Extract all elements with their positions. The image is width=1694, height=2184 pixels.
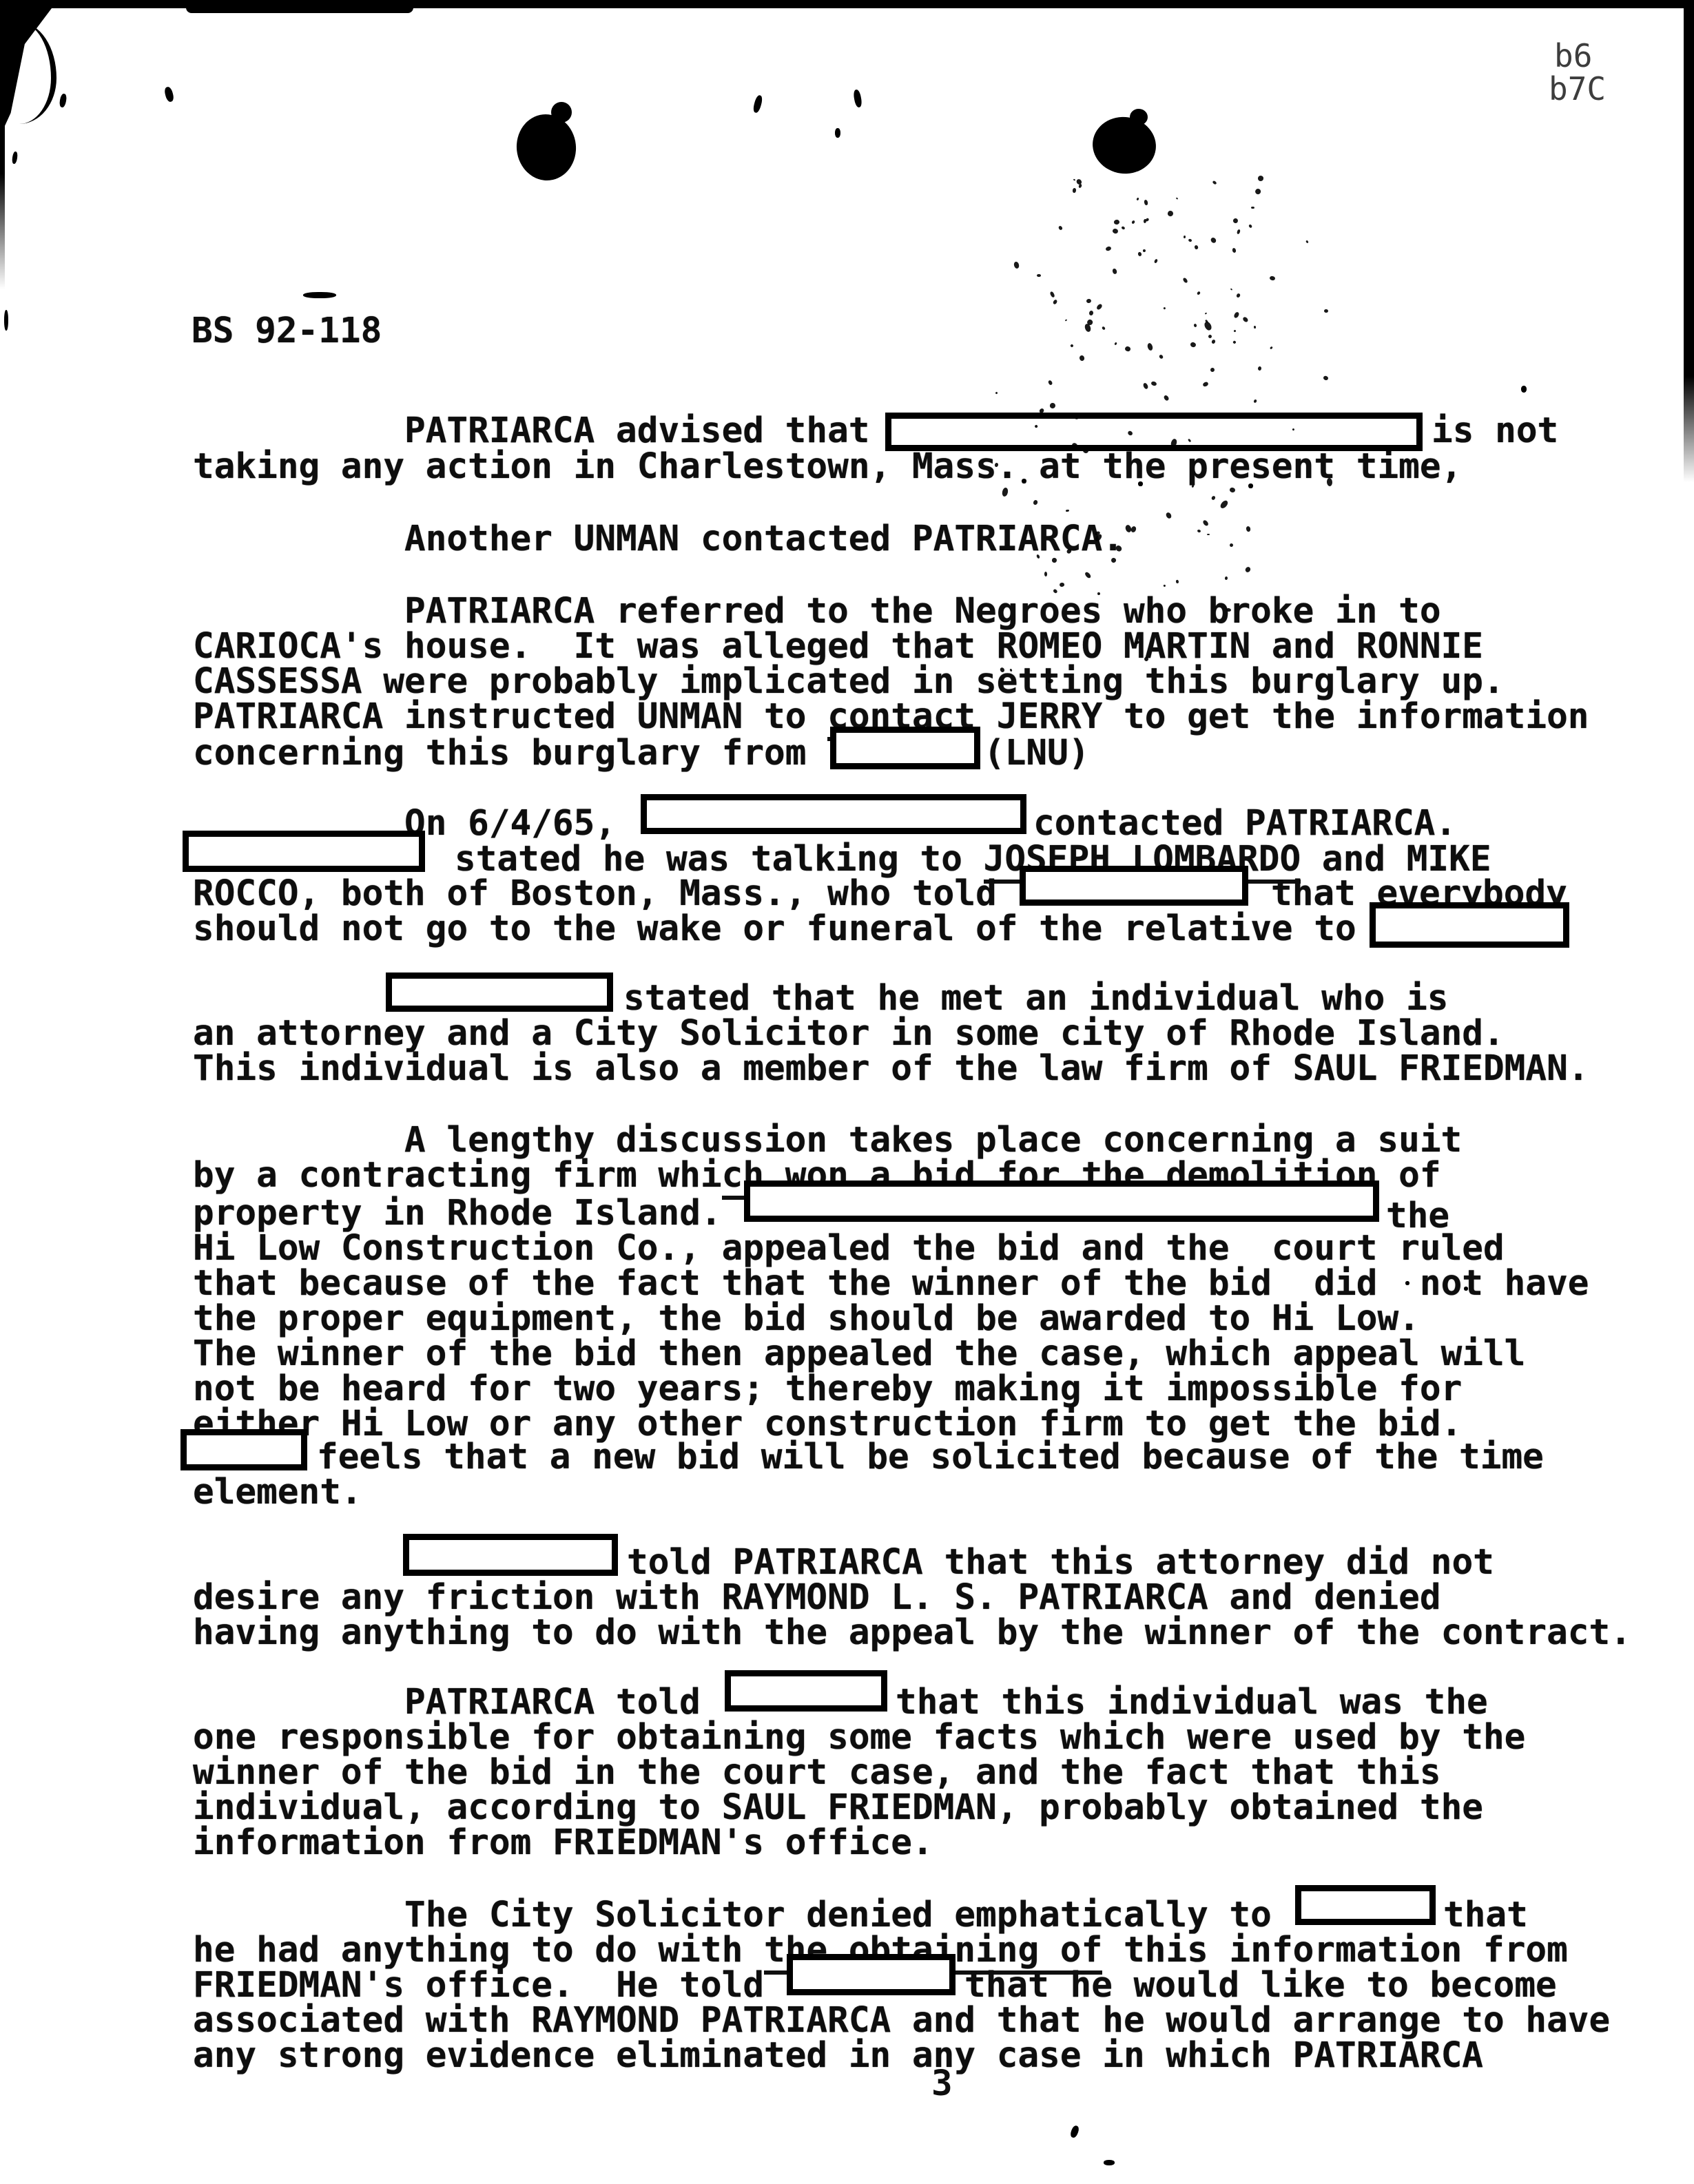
text-line: taking any action in Charlestown, Mass. … bbox=[193, 449, 1462, 484]
ink-spray-speck bbox=[1144, 199, 1148, 205]
text-run: of bbox=[1377, 1155, 1440, 1196]
ink-spray-speck bbox=[1047, 379, 1053, 385]
text-run: any strong evidence eliminated in any ca… bbox=[193, 2035, 1483, 2076]
ink-spray-speck bbox=[1232, 247, 1237, 253]
ink-spray-speck bbox=[1176, 580, 1179, 584]
text-run: This individual is also a member of the … bbox=[193, 1048, 1589, 1089]
redaction-box bbox=[725, 1670, 887, 1712]
ink-speck bbox=[59, 93, 67, 107]
text-line: stated he was talking to JOSEPH LOMBARDO… bbox=[455, 842, 1491, 877]
ink-spray-speck bbox=[1175, 198, 1177, 200]
ink-spray-speck bbox=[1224, 576, 1228, 579]
ink-spray-speck bbox=[1131, 220, 1135, 225]
ink-spray-speck bbox=[1324, 309, 1328, 313]
ink-spray-speck bbox=[1253, 399, 1257, 404]
text-run: PATRIARCA advised that bbox=[404, 410, 870, 451]
ink-spray-speck bbox=[1237, 229, 1241, 234]
ink-spray-speck bbox=[1060, 583, 1065, 587]
ink-spray-speck bbox=[1245, 566, 1252, 573]
text-line: PATRIARCA referred to the Negroes who br… bbox=[404, 594, 1441, 629]
ink-spray-speck bbox=[1065, 319, 1067, 321]
ink-spray-speck bbox=[1164, 585, 1166, 587]
ink-spray-speck bbox=[1102, 326, 1106, 330]
text-line: The winner of the bid then appealed the … bbox=[193, 1336, 1525, 1371]
text-line: should not go to the wake or funeral of … bbox=[193, 911, 1356, 946]
text-line: individual, according to SAUL FRIEDMAN, … bbox=[193, 1790, 1483, 1825]
ink-spray-speck bbox=[1163, 395, 1169, 401]
ink-spray-speck bbox=[1073, 178, 1075, 180]
ink-speck bbox=[853, 89, 863, 107]
redaction-box bbox=[787, 1954, 956, 1995]
text-line: feels that a new bid will be solicited b… bbox=[317, 1439, 1544, 1475]
ink-spray-speck bbox=[1147, 342, 1154, 351]
text-run: PATRIARCA instructed UNMAN to bbox=[193, 696, 827, 737]
ink-spray-speck bbox=[1197, 291, 1201, 295]
ink-spray-speck bbox=[1202, 381, 1208, 387]
text-run: JERRY to get the information bbox=[975, 696, 1589, 737]
text-run: is not bbox=[1432, 410, 1558, 451]
ink-spray-speck bbox=[1165, 512, 1172, 519]
ink-speck bbox=[1248, 483, 1253, 488]
ink-spray-speck bbox=[1086, 298, 1092, 303]
ink-spray-speck bbox=[1323, 375, 1329, 381]
text-line: A lengthy discussion takes place concern… bbox=[404, 1123, 1462, 1158]
ink-spray-speck bbox=[1049, 291, 1055, 298]
pen-stroke-mark bbox=[19, 22, 56, 124]
ink-speck bbox=[835, 128, 840, 138]
redaction-box bbox=[180, 1429, 307, 1470]
ink-spray-speck bbox=[1057, 226, 1062, 231]
text-run: taking any action in Charlestown, Mass. … bbox=[193, 446, 1462, 487]
redaction-box bbox=[1295, 1885, 1436, 1925]
ink-spray-speck bbox=[1202, 519, 1209, 526]
text-run: concerning this burglary from bbox=[193, 733, 806, 773]
ink-speck bbox=[303, 292, 336, 298]
text-line: CARIOCA's house. It was alleged that ROM… bbox=[193, 629, 1483, 664]
text-line: not be heard for two years; thereby maki… bbox=[193, 1371, 1462, 1406]
text-run: having anything to do with the appeal by… bbox=[193, 1612, 1631, 1653]
ink-spray-speck bbox=[1143, 249, 1146, 252]
ink-spray-speck bbox=[1258, 176, 1264, 181]
text-line: This individual is also a member of the … bbox=[193, 1051, 1589, 1086]
scan-edge-top-bump bbox=[186, 7, 413, 13]
text-line: one responsible for obtaining some facts… bbox=[193, 1720, 1525, 1755]
redaction-box bbox=[885, 413, 1423, 451]
text-run: element. bbox=[193, 1472, 362, 1512]
ink-spray-speck bbox=[1163, 306, 1166, 310]
text-line: that bbox=[1443, 1897, 1528, 1933]
text-line: property in Rhode Island. bbox=[193, 1196, 722, 1231]
ink-spray-speck bbox=[1136, 198, 1139, 201]
ink-spray-speck bbox=[1105, 245, 1112, 251]
text-line: desire any friction with RAYMOND L. S. P… bbox=[193, 1580, 1441, 1615]
ink-spray-speck bbox=[1184, 236, 1186, 238]
ink-spray-speck bbox=[1205, 313, 1208, 315]
text-line: PATRIARCA advised that bbox=[404, 413, 870, 448]
text-run: Another UNMAN contacted PATRIARCA. bbox=[404, 519, 1124, 559]
text-line: On 6/4/65, bbox=[404, 806, 616, 841]
ink-spray-speck bbox=[1049, 403, 1055, 409]
ink-spray-speck bbox=[1096, 303, 1103, 310]
ink-spray-speck bbox=[1251, 206, 1254, 209]
ink-spray-speck bbox=[1211, 495, 1216, 500]
text-line: that this individual was the bbox=[896, 1685, 1488, 1720]
text-line: CASSESSA were probably implicated in set… bbox=[193, 664, 1505, 699]
ink-spray-speck bbox=[1142, 382, 1148, 389]
ink-spray-speck bbox=[1188, 238, 1192, 242]
text-line: information from FRIEDMAN's office. bbox=[193, 1825, 933, 1860]
text-line: PATRIARCA told bbox=[404, 1685, 701, 1720]
ink-spray-speck bbox=[1233, 311, 1240, 319]
text-run: (LNU) bbox=[984, 733, 1090, 773]
ink-spray-speck bbox=[1243, 316, 1250, 323]
text-line: Another UNMAN contacted PATRIARCA. bbox=[404, 521, 1124, 557]
ink-spray-speck bbox=[1190, 342, 1196, 348]
text-line: told PATRIARCA that this attorney did no… bbox=[627, 1545, 1494, 1580]
redaction-box bbox=[641, 794, 1026, 834]
ink-spray-speck bbox=[1254, 187, 1261, 195]
ink-spray-speck bbox=[1079, 355, 1085, 362]
ink-spray-speck bbox=[1210, 339, 1215, 344]
ink-spray-speck bbox=[1212, 180, 1217, 185]
ink-speck bbox=[1138, 481, 1143, 486]
ink-spray-speck bbox=[1124, 346, 1130, 352]
ink-spray-speck bbox=[1182, 277, 1188, 283]
redaction-box bbox=[1370, 902, 1569, 948]
ink-spray-speck bbox=[1193, 323, 1197, 327]
ink-spray-speck bbox=[1248, 224, 1252, 228]
ink-speck bbox=[1022, 479, 1026, 483]
ink-spray-speck bbox=[1207, 534, 1209, 536]
ink-spray-speck bbox=[1122, 225, 1126, 229]
text-line: (LNU) bbox=[984, 736, 1090, 771]
ink-speck bbox=[1464, 1287, 1468, 1291]
ink-speck bbox=[752, 94, 763, 114]
text-line: ROCCO, both of Boston, Mass., who told bbox=[193, 876, 997, 911]
ink-spray-speck bbox=[1230, 543, 1234, 548]
ink-spray-speck bbox=[1084, 571, 1092, 579]
ink-spray-speck bbox=[1208, 334, 1212, 339]
ink-spray-speck bbox=[1270, 346, 1273, 349]
text-line: associated with RAYMOND PATRIARCA and th… bbox=[193, 2003, 1610, 2038]
ink-speck bbox=[163, 86, 174, 103]
ink-spray-speck bbox=[1053, 299, 1058, 305]
ink-spray-speck bbox=[1232, 218, 1239, 224]
ink-spray-speck bbox=[1097, 592, 1100, 595]
ink-speck bbox=[1104, 2160, 1115, 2165]
ink-spray-speck bbox=[1044, 572, 1047, 576]
ink-spray-speck bbox=[1037, 274, 1041, 277]
ink-spray-speck bbox=[1112, 269, 1117, 275]
ink-spray-speck bbox=[1137, 251, 1142, 256]
ink-spray-speck bbox=[1154, 259, 1158, 264]
ink-spray-speck bbox=[1130, 526, 1137, 533]
text-line: the proper equipment, the bid should be … bbox=[193, 1301, 1420, 1336]
ink-spray-speck bbox=[1197, 529, 1201, 532]
ink-spray-speck bbox=[1088, 310, 1093, 315]
text-line: an attorney and a City Solicitor in some… bbox=[193, 1016, 1505, 1051]
text-run: On 6/4/65, bbox=[404, 803, 616, 844]
redaction-box bbox=[403, 1534, 618, 1576]
ink-spray-speck bbox=[1002, 487, 1009, 497]
text-run: by a contracting firm whi bbox=[193, 1155, 722, 1196]
ink-spray-speck bbox=[995, 391, 998, 394]
text-line: that he would like to become bbox=[964, 1968, 1557, 2003]
text-line: winner of the bid in the court case, and… bbox=[193, 1755, 1441, 1790]
ink-spray-speck bbox=[1159, 354, 1164, 360]
ink-blot bbox=[1089, 113, 1160, 178]
redaction-box bbox=[1020, 866, 1248, 906]
ink-speck bbox=[1405, 1281, 1409, 1285]
text-run: feels that a new bid will be solicited b… bbox=[317, 1437, 1544, 1477]
ink-speck bbox=[12, 152, 18, 165]
ink-spray-speck bbox=[1246, 526, 1252, 532]
ink-spray-speck bbox=[1151, 380, 1158, 386]
ink-spray-speck bbox=[1257, 366, 1261, 371]
ink-speck bbox=[1069, 2125, 1080, 2139]
text-line: The City Solicitor denied emphatically t… bbox=[404, 1897, 1272, 1933]
text-line: element. bbox=[193, 1475, 362, 1510]
redaction-box bbox=[744, 1181, 1379, 1222]
text-run: contacted PATRIARCA. bbox=[1033, 803, 1456, 844]
ink-blot bbox=[513, 112, 579, 183]
ink-speck bbox=[1521, 386, 1527, 393]
ink-spray-speck bbox=[1052, 557, 1057, 562]
ink-spray-speck bbox=[1114, 342, 1117, 346]
text-line: contacted PATRIARCA. bbox=[1033, 806, 1456, 841]
ink-spray-speck bbox=[1254, 325, 1257, 328]
ink-spray-speck bbox=[1230, 487, 1237, 493]
text-line: Hi Low Construction Co., appealed the bi… bbox=[193, 1231, 1505, 1266]
ink-spray-speck bbox=[1073, 187, 1076, 192]
text-line: having anything to do with the appeal by… bbox=[193, 1615, 1631, 1650]
text-run: information from FRIEDMAN's office. bbox=[193, 1822, 933, 1863]
ink-spray-speck bbox=[1013, 261, 1020, 269]
ink-speck bbox=[4, 310, 8, 331]
classification-b7c: b7C bbox=[1549, 73, 1606, 105]
document-page: b6 b7C BS 92-118 PATRIARCA advised thati… bbox=[0, 0, 1694, 2184]
text-line: that because of the fact that the winner… bbox=[193, 1266, 1589, 1301]
ink-spray-speck bbox=[1167, 211, 1173, 217]
ink-spray-speck bbox=[1065, 510, 1068, 512]
redaction-box bbox=[830, 727, 980, 769]
text-line: concerning this burglary from bbox=[193, 736, 806, 771]
ink-spray-speck bbox=[1032, 499, 1037, 506]
ink-spray-speck bbox=[1305, 240, 1309, 243]
ink-spray-speck bbox=[1112, 228, 1118, 234]
ink-spray-speck bbox=[1234, 329, 1236, 332]
page-number: 3 bbox=[931, 2066, 953, 2101]
ink-spray-speck bbox=[1070, 344, 1074, 348]
ink-spray-speck bbox=[1219, 499, 1229, 510]
text-line: FRIEDMAN's office. He told bbox=[193, 1968, 764, 2003]
ink-spray-speck bbox=[1270, 276, 1276, 282]
ink-spray-speck bbox=[1195, 245, 1199, 249]
text-line: any strong evidence eliminated in any ca… bbox=[193, 2038, 1483, 2073]
classification-b6: b6 bbox=[1554, 40, 1592, 72]
ink-spray-speck bbox=[1226, 608, 1231, 612]
ink-spray-speck bbox=[1232, 340, 1237, 344]
ink-spray-speck bbox=[1326, 477, 1332, 486]
ink-spray-speck bbox=[1230, 289, 1232, 291]
file-number: BS 92-118 bbox=[192, 313, 382, 349]
ink-spray-speck bbox=[1236, 293, 1241, 298]
ink-spray-speck bbox=[1114, 219, 1120, 225]
text-run: should not go to the wake or funeral of … bbox=[193, 908, 1356, 949]
ink-spray-speck bbox=[1210, 237, 1217, 244]
redaction-box bbox=[183, 831, 425, 872]
text-line: is not bbox=[1432, 413, 1558, 448]
redaction-box bbox=[386, 973, 613, 1012]
scan-edge-right bbox=[1684, 0, 1694, 482]
text-line: stated that he met an individual who is bbox=[623, 981, 1448, 1016]
ink-spray-speck bbox=[1210, 368, 1215, 373]
